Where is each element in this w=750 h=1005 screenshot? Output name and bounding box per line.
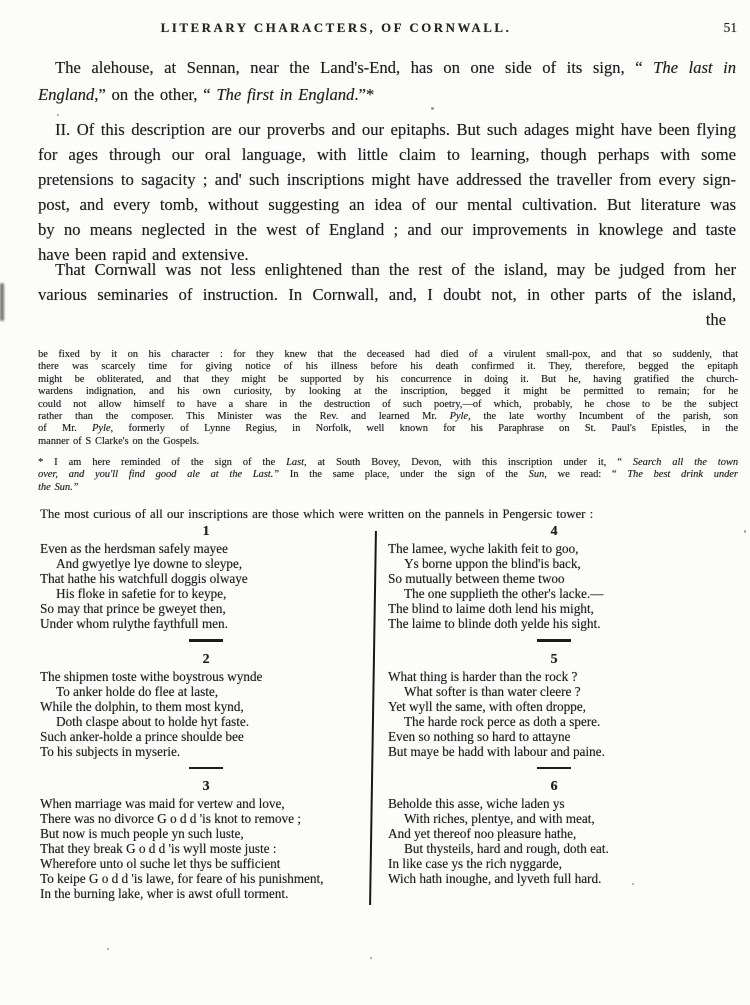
- verse-separator-rule: [537, 767, 571, 770]
- verse-3-number: 3: [40, 779, 372, 796]
- paragraph-cornwall-enlightened: That Cornwall was not less enlightened t…: [38, 257, 736, 332]
- verse-1-number: 1: [40, 524, 372, 541]
- verse-5-number: 5: [388, 652, 720, 669]
- verse-column-right: 4 The lamee, wyche lakith feit to goo,Ys…: [388, 524, 720, 886]
- verse-4-number: 4: [388, 524, 720, 541]
- verse-3: 3 When marriage was maid for vertew and …: [40, 779, 372, 901]
- verse-5: 5 What thing is harder than the rock ?Wh…: [388, 652, 720, 770]
- verse-4: 4 The lamee, wyche lakith feit to goo,Ys…: [388, 524, 720, 642]
- verse-2: 2 The shipmen toste withe boystrous wynd…: [40, 652, 372, 770]
- page-number: 51: [724, 20, 738, 36]
- verse-6-lines: Beholde this asse, wiche laden ysWith ri…: [388, 796, 720, 886]
- scan-speck: [480, 429, 482, 431]
- footnote-continuation: be fixed by it on his character : for th…: [38, 349, 738, 448]
- verse-separator-rule: [189, 639, 223, 642]
- paragraph-alehouse: The alehouse, at Sennan, near the Land's…: [38, 54, 736, 108]
- verse-separator-rule: [537, 639, 571, 642]
- verse-6-number: 6: [388, 779, 720, 796]
- scan-speck: [431, 107, 434, 110]
- footnote-asterisk: * I am here reminded of the sign of the …: [38, 457, 738, 494]
- verse-3-lines: When marriage was maid for vertew and lo…: [40, 796, 372, 901]
- verse-separator-rule: [189, 767, 223, 770]
- verse-2-lines: The shipmen toste withe boystrous wyndeT…: [40, 669, 372, 759]
- scan-speck: [744, 530, 746, 533]
- verse-1: 1 Even as the herdsman safely mayeeAnd g…: [40, 524, 372, 642]
- scan-speck: [632, 883, 634, 885]
- scan-speck: [107, 948, 109, 950]
- verse-1-lines: Even as the herdsman safely mayeeAnd gwy…: [40, 541, 372, 631]
- running-header-title: LITERARY CHARACTERS, OF CORNWALL.: [0, 21, 672, 36]
- scan-speck: [57, 114, 59, 116]
- verse-6: 6 Beholde this asse, wiche laden ysWith …: [388, 779, 720, 886]
- verse-5-lines: What thing is harder than the rock ?What…: [388, 669, 720, 759]
- book-page: LITERARY CHARACTERS, OF CORNWALL. 51 The…: [0, 0, 750, 1005]
- verse-2-number: 2: [40, 652, 372, 669]
- scan-edge-smudge: [0, 283, 4, 321]
- paragraph-proverbs: II. Of this description are our proverbs…: [38, 117, 736, 267]
- scan-speck: [370, 957, 372, 959]
- verse-4-lines: The lamee, wyche lakith feit to goo,Ys b…: [388, 541, 720, 631]
- verse-column-left: 1 Even as the herdsman safely mayeeAnd g…: [40, 524, 372, 901]
- inscriptions-intro: The most curious of all our inscriptions…: [28, 507, 740, 522]
